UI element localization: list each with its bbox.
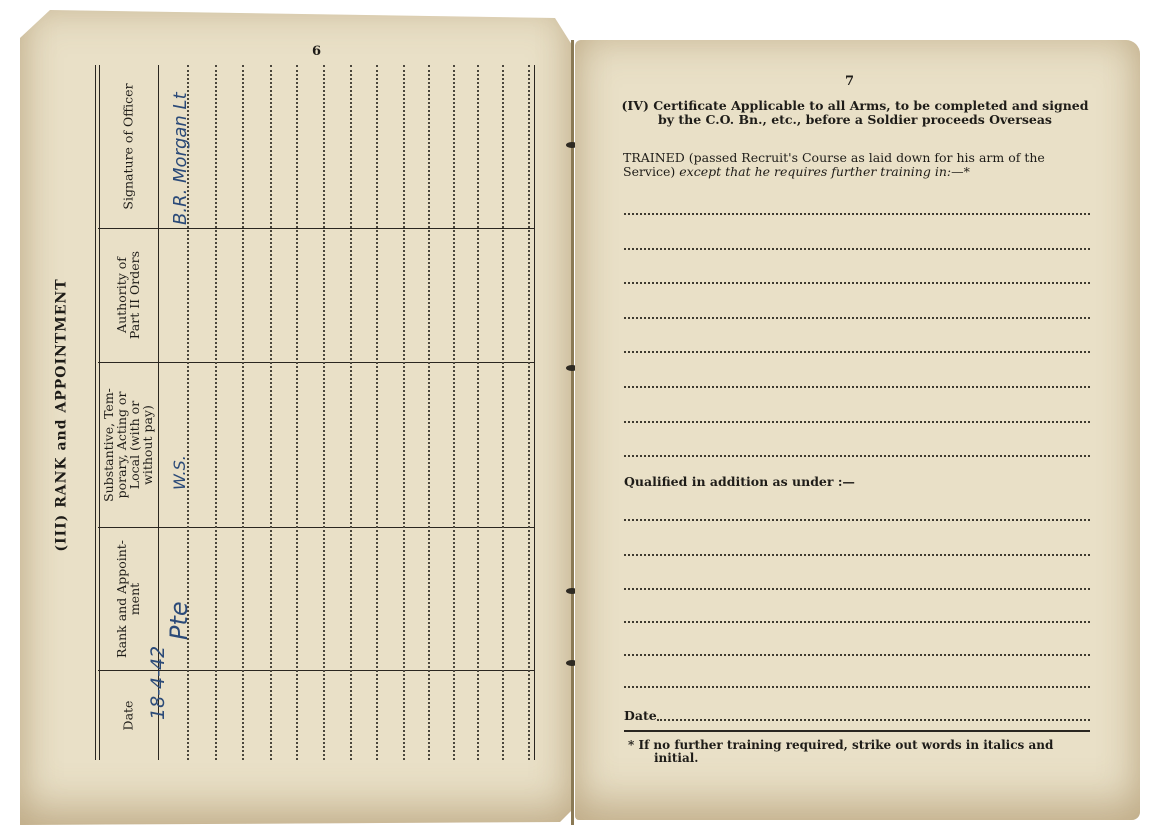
entry-signature: B.R. Morgan Lt [170, 92, 191, 225]
entry-line [428, 65, 430, 760]
training-entry-line[interactable] [624, 386, 1090, 388]
entry-line [296, 65, 298, 760]
qualified-entry-line[interactable] [624, 588, 1090, 590]
page-number-right: 7 [845, 74, 854, 89]
entry-date: 18-4-42 [147, 646, 169, 720]
date-entry-line[interactable] [657, 719, 1090, 721]
entry-rank: Pte [165, 601, 193, 640]
training-entry-line[interactable] [624, 421, 1090, 423]
training-entry-line[interactable] [624, 213, 1090, 215]
entry-line [477, 65, 479, 760]
entry-line [215, 65, 217, 760]
column-divider [98, 228, 535, 229]
footnote-line-2: initial. [628, 752, 1092, 765]
training-entry-line[interactable] [624, 351, 1090, 353]
entry-status: W.S. [170, 455, 189, 490]
footnote-rule [624, 730, 1090, 732]
section-title-rank-appointment: (III) RANK and APPOINTMENT [42, 270, 82, 560]
training-entry-line[interactable] [624, 248, 1090, 250]
column-header-text: Rank and Appoint- ment [115, 539, 141, 657]
entry-line [528, 65, 530, 760]
training-entry-line[interactable] [624, 455, 1090, 457]
section-title-text: (III) RANK and APPOINTMENT [54, 278, 70, 551]
qualified-entry-line[interactable] [624, 686, 1090, 688]
entry-line [242, 65, 244, 760]
entry-line [403, 65, 405, 760]
column-header-text: Substantive, Tem- porary, Acting or Loca… [102, 388, 154, 502]
entry-line [270, 65, 272, 760]
footnote: * If no further training required, strik… [628, 739, 1092, 765]
training-entry-line[interactable] [624, 317, 1090, 319]
column-divider [98, 527, 535, 528]
entry-line [350, 65, 352, 760]
column-header-status: Substantive, Tem- porary, Acting or Loca… [99, 362, 157, 527]
column-header-authority: Authority of Part II Orders [99, 228, 157, 362]
entry-line [502, 65, 504, 760]
column-divider [98, 362, 535, 363]
entry-line [453, 65, 455, 760]
date-label: Date [624, 708, 657, 723]
qualified-entry-line[interactable] [624, 554, 1090, 556]
training-entry-line[interactable] [624, 282, 1090, 284]
qualified-entry-line[interactable] [624, 519, 1090, 521]
qualified-label: Qualified in addition as under :— [624, 474, 855, 489]
footnote-line-1: * If no further training required, strik… [628, 738, 1053, 752]
column-header-text: Signature of Officer [122, 83, 135, 209]
column-header-signature: Signature of Officer [99, 65, 157, 228]
table-right-border [534, 65, 535, 760]
column-header-text: Date [122, 700, 135, 730]
trained-italic-text: except that he requires further training… [679, 164, 970, 179]
trained-statement: TRAINED (passed Recruit's Course as laid… [623, 151, 1091, 179]
qualified-entry-line[interactable] [624, 621, 1090, 623]
qualified-entry-line[interactable] [624, 654, 1090, 656]
certificate-title: (IV) Certificate Applicable to all Arms,… [620, 99, 1090, 126]
entry-line [376, 65, 378, 760]
book-spine [571, 40, 574, 825]
entry-line [323, 65, 325, 760]
column-header-text: Authority of Part II Orders [115, 251, 141, 339]
page-number-left: 6 [312, 44, 321, 59]
